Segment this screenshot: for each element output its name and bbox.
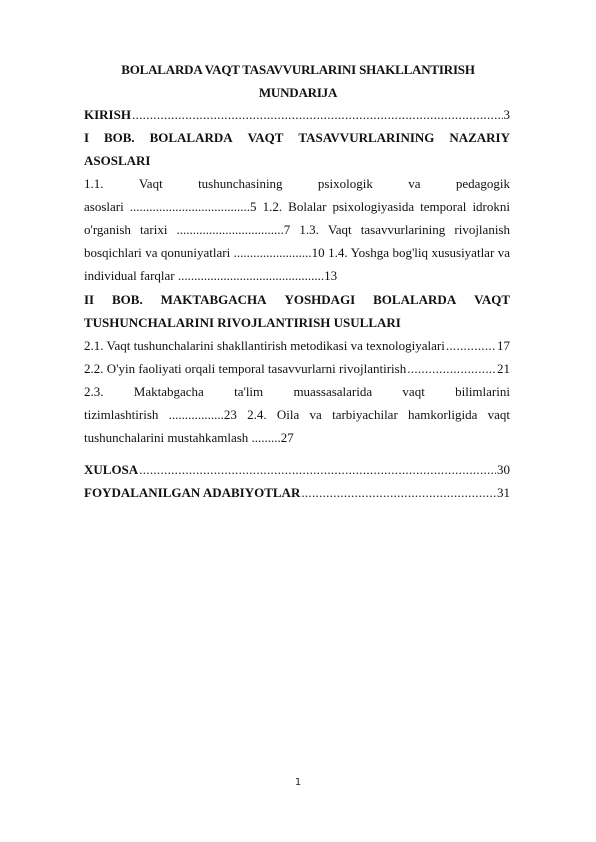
toc-entry-2-1[interactable]: 2.1. Vaqt tushunchalarini shakllantirish… (84, 337, 510, 354)
toc-section-2-4-line[interactable]: tizimlashtirish .................23 2.4.… (84, 406, 510, 423)
toc-entry-conclusion[interactable]: XULOSA 30 (84, 461, 510, 478)
toc-section-1-2-line[interactable]: asoslari ...............................… (84, 198, 510, 215)
dot-leader (407, 360, 496, 377)
body-word: tushunchasining (198, 175, 283, 192)
heading-word: VAQT (474, 291, 510, 308)
toc-entry-label: XULOSA (84, 461, 138, 478)
toc-heading: MUNDARIJA (0, 85, 596, 101)
body-word: Maktabgacha (134, 383, 204, 400)
toc-section-1-3-line[interactable]: o'rganish tarixi .......................… (84, 221, 510, 238)
toc-section-2-4-cont[interactable]: tushunchalarini mustahkamlash .........2… (84, 429, 510, 446)
toc-section-1-4-cont[interactable]: individual farqlar .....................… (84, 267, 510, 284)
toc-entry-label: KIRISH (84, 106, 131, 123)
heading-word: I (84, 129, 89, 146)
heading-word: BOLALARDA (373, 291, 456, 308)
toc-chapter-2-heading-cont: TUSHUNCHALARINI RIVOJLANTIRISH USULLARI (84, 314, 510, 331)
toc-page-number: 17 (497, 337, 510, 354)
toc-chapter-2-heading[interactable]: II BOB. MAKTABGACHA YOSHDAGI BOLALARDA V… (84, 291, 510, 308)
toc-entry-references[interactable]: FOYDALANILGAN ADABIYOTLAR 31 (84, 484, 510, 501)
heading-word: NAZARIY (449, 129, 510, 146)
dot-leader (446, 337, 496, 354)
toc-entry-label: 2.2. O'yin faoliyati orqali temporal tas… (84, 360, 406, 377)
heading-word: BOB. (104, 129, 135, 146)
body-word: Vaqt (139, 175, 163, 192)
heading-word: BOLALARDA (150, 129, 233, 146)
heading-word: MAKTABGACHA (161, 291, 267, 308)
heading-word: VAQT (248, 129, 284, 146)
dot-leader (139, 461, 496, 478)
body-word: ta'lim (234, 383, 263, 400)
toc-entry-intro[interactable]: KIRISH 3 (84, 106, 510, 123)
heading-word: II (84, 291, 94, 308)
toc-entry-2-2[interactable]: 2.2. O'yin faoliyati orqali temporal tas… (84, 360, 510, 377)
body-word: va (408, 175, 420, 192)
body-word: muassasalarida (293, 383, 372, 400)
toc-page-number: 30 (497, 461, 510, 478)
document-title: BOLALARDA VAQT TASAVVURLARINI SHAKLLANTI… (0, 62, 596, 78)
toc-section-1-1-line[interactable]: 1.1. Vaqt tushunchasining psixologik va … (84, 175, 510, 192)
toc-page-number: 31 (497, 484, 510, 501)
toc-page-number: 21 (497, 360, 510, 377)
document-page: BOLALARDA VAQT TASAVVURLARINI SHAKLLANTI… (0, 0, 596, 842)
toc-entry-label: 2.1. Vaqt tushunchalarini shakllantirish… (84, 337, 445, 354)
toc-section-1-4-line[interactable]: bosqichlari va qonuniyatlari ...........… (84, 244, 510, 261)
body-word: vaqt (402, 383, 424, 400)
body-word: bilimlarini (455, 383, 510, 400)
heading-word: BOB. (112, 291, 143, 308)
body-word: psixologik (318, 175, 373, 192)
heading-word: TASAVVURLARINING (298, 129, 434, 146)
toc-chapter-1-heading-cont: ASOSLARI (84, 152, 510, 169)
body-word: 1.1. (84, 175, 104, 192)
body-word: pedagogik (456, 175, 510, 192)
heading-word: YOSHDAGI (284, 291, 355, 308)
toc-page-number: 3 (504, 106, 511, 123)
toc-section-2-3-line[interactable]: 2.3. Maktabgacha ta'lim muassasalarida v… (84, 383, 510, 400)
page-number: 1 (0, 777, 596, 788)
toc-chapter-1-heading[interactable]: I BOB. BOLALARDA VAQT TASAVVURLARINING N… (84, 129, 510, 146)
toc-entry-label: FOYDALANILGAN ADABIYOTLAR (84, 484, 300, 501)
dot-leader (301, 484, 496, 501)
body-word: 2.3. (84, 383, 104, 400)
dot-leader (132, 106, 503, 123)
